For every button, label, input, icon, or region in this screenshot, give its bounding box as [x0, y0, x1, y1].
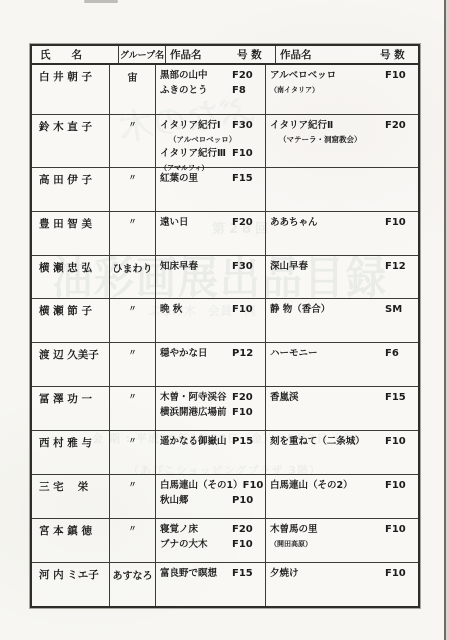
group-label: あすなろ — [110, 567, 155, 582]
name-cell: 豊 田 智 美 — [32, 212, 110, 255]
group-cell: 宙 — [110, 65, 156, 114]
work-size: F6 — [385, 346, 415, 361]
group-cell: 〃 — [110, 475, 156, 518]
work-title: （アルベロベッロ） — [169, 133, 236, 146]
work-title: 遠い日 — [160, 215, 232, 230]
works-cell-right: 夕焼けF10 — [266, 563, 418, 606]
table-row: 横 瀬 忠 弘ひまわり知床早春F30深山早春F12 — [32, 256, 418, 299]
work-size: F10 — [385, 215, 415, 230]
artwork-list-table: 氏 名 グループ名 作品名 号 数 作品名 号 数 白 井 朝 子宙黒部の山中F… — [30, 44, 420, 608]
work-title-note: （南イタリア） — [270, 83, 385, 98]
work-size: F8 — [232, 83, 262, 98]
works-list: 香嵐渓F15 — [266, 387, 418, 405]
works-list: 木曽・阿寺渓谷F20横浜開港広場前F10 — [156, 387, 265, 420]
group-cell: 〃 — [110, 115, 156, 167]
work-size: F15 — [385, 390, 415, 405]
header-work-size-right: 作品名 号 数 — [276, 47, 418, 62]
work-size: F10 — [385, 434, 415, 449]
work-size — [385, 133, 415, 146]
work-line: 黒部の山中F20 — [160, 68, 262, 83]
works-cell-left: 黒部の山中F20ふきのとうF8 — [156, 65, 266, 114]
works-list: 白馬連山（その1）F10秋山郷P10 — [156, 475, 265, 508]
works-list: 遠い日F20 — [156, 212, 265, 230]
work-size: P10 — [232, 493, 262, 508]
work-title: 白馬連山（その1） — [160, 478, 243, 493]
work-size — [236, 133, 266, 146]
work-size: F30 — [232, 259, 262, 274]
header-group: グループ名 — [119, 46, 166, 63]
work-title: ブナの大木 — [160, 537, 232, 552]
work-line: 木曽馬の里（開田高原）F10 — [270, 522, 415, 552]
work-title: 刻を重ねて（二条城） — [270, 434, 385, 449]
work-line: （アルベロベッロ） — [160, 133, 262, 146]
name-cell: 横 瀬 忠 弘 — [32, 256, 110, 298]
work-line: 紅葉の里F15 — [160, 171, 262, 186]
work-line: 夕焼けF10 — [270, 566, 415, 581]
works-list: 遥かなる御嶽山P15 — [156, 431, 265, 449]
name-cell: 鈴 木 直 子 — [32, 115, 110, 167]
work-title: 穏やかな日 — [160, 346, 232, 361]
work-line: 横浜開港広場前F10 — [160, 405, 262, 420]
table-row: 鈴 木 直 子〃イタリア紀行ⅠF30（アルベロベッロ）イタリア紀行Ⅲ（アマルフィ… — [32, 115, 418, 168]
group-label: 〃 — [110, 347, 155, 358]
works-list: アルベロベッロ（南イタリア）F10 — [266, 65, 418, 98]
work-size: F30 — [232, 118, 262, 133]
name-cell: 西 村 雅 与 — [32, 431, 110, 474]
works-list: 深山早春F12 — [266, 256, 418, 274]
group-cell: あすなろ — [110, 563, 156, 606]
work-title: 木曽馬の里（開田高原） — [270, 522, 385, 552]
works-cell-left: 木曽・阿寺渓谷F20横浜開港広場前F10 — [156, 387, 266, 430]
header-name: 氏 名 — [32, 46, 119, 63]
work-size: F10 — [232, 302, 262, 317]
group-label: ひまわり — [110, 260, 155, 275]
header-size-label: 号 数 — [380, 47, 418, 62]
works-cell-right: 木曽馬の里（開田高原）F10 — [266, 519, 418, 562]
name-cell: 宮 本 鎮 徳 — [32, 519, 110, 562]
work-title: 富良野で瞑想 — [160, 566, 232, 581]
work-size: F12 — [385, 259, 415, 274]
group-label: 〃 — [110, 303, 155, 314]
header-work-label: 作品名 — [280, 47, 380, 62]
works-list: 寝覚ノ床F20ブナの大木F10 — [156, 519, 265, 552]
group-cell: 〃 — [110, 168, 156, 211]
group-cell: 〃 — [110, 387, 156, 430]
works-cell-right: 刻を重ねて（二条城）F10 — [266, 431, 418, 474]
work-size: F10 — [232, 405, 262, 420]
works-list: イタリア紀行ⅠF30（アルベロベッロ）イタリア紀行Ⅲ（アマルフィ）F10 — [156, 115, 265, 176]
name-cell: 三 宅 栄 — [32, 475, 110, 518]
table-row: 三 宅 栄〃白馬連山（その1）F10秋山郷P10白馬連山（その2）F10 — [32, 475, 418, 519]
group-cell: 〃 — [110, 299, 156, 342]
works-cell-left: 晩 秋F10 — [156, 299, 266, 342]
work-line: 白馬連山（その1）F10 — [160, 478, 262, 493]
work-title: ああちゃん — [270, 215, 385, 230]
scanned-exhibition-list-page: { "table": { "headers": { "name": "氏 名",… — [0, 0, 449, 640]
work-line: 晩 秋F10 — [160, 302, 262, 317]
works-list: ああちゃんF10 — [266, 212, 418, 230]
work-line: 秋山郷P10 — [160, 493, 262, 508]
work-title: 深山早春 — [270, 259, 385, 274]
works-cell-right: ああちゃんF10 — [266, 212, 418, 255]
work-title: 静 物（香合） — [270, 302, 385, 317]
group-label: 〃 — [110, 119, 155, 130]
work-title: 白馬連山（その2） — [270, 478, 385, 493]
work-size: F20 — [232, 215, 262, 230]
work-line: （マテーラ・洞窟教会） — [270, 133, 415, 146]
group-label: 宙 — [110, 69, 155, 84]
work-title: （マテーラ・洞窟教会） — [279, 133, 385, 146]
work-size: F20 — [232, 390, 262, 405]
work-line: 穏やかな日P12 — [160, 346, 262, 361]
work-line: 遠い日F20 — [160, 215, 262, 230]
works-list: 知床早春F30 — [156, 256, 265, 274]
works-list: 木曽馬の里（開田高原）F10 — [266, 519, 418, 552]
work-title: 黒部の山中 — [160, 68, 232, 83]
work-title: アルベロベッロ（南イタリア） — [270, 68, 385, 98]
work-line: ハーモニーF6 — [270, 346, 415, 361]
work-title: 紅葉の里 — [160, 171, 232, 186]
work-line: 遥かなる御嶽山P15 — [160, 434, 262, 449]
works-list: 黒部の山中F20ふきのとうF8 — [156, 65, 265, 98]
work-line: 寝覚ノ床F20 — [160, 522, 262, 537]
work-title: ハーモニー — [270, 346, 385, 361]
works-cell-right: アルベロベッロ（南イタリア）F10 — [266, 65, 418, 114]
work-size: F20 — [385, 118, 415, 133]
name-cell: 冨 澤 功 一 — [32, 387, 110, 430]
work-size: F10 — [232, 537, 262, 552]
works-list: 紅葉の里F15 — [156, 168, 265, 186]
works-cell-right: 深山早春F12 — [266, 256, 418, 298]
works-cell-right: 白馬連山（その2）F10 — [266, 475, 418, 518]
group-cell: 〃 — [110, 519, 156, 562]
work-title: 香嵐渓 — [270, 390, 385, 405]
name-cell: 高 田 伊 子 — [32, 168, 110, 211]
header-size-label: 号 数 — [237, 47, 275, 62]
table-row: 横 瀬 節 子〃晩 秋F10静 物（香合）SM — [32, 299, 418, 343]
work-title: イタリア紀行Ⅱ — [270, 118, 385, 133]
works-list: 富良野で瞑想F15 — [156, 563, 265, 581]
name-cell: 横 瀬 節 子 — [32, 299, 110, 342]
works-cell-left: 穏やかな日P12 — [156, 343, 266, 386]
group-cell: 〃 — [110, 212, 156, 255]
scan-smudge — [84, 0, 118, 3]
works-list: ハーモニーF6 — [266, 343, 418, 361]
work-line: 刻を重ねて（二条城）F10 — [270, 434, 415, 449]
work-size: P12 — [232, 346, 262, 361]
works-cell-left: 白馬連山（その1）F10秋山郷P10 — [156, 475, 266, 518]
group-label: 〃 — [110, 435, 155, 446]
work-size: P15 — [232, 434, 262, 449]
works-list: イタリア紀行ⅡF20（マテーラ・洞窟教会） — [266, 115, 418, 146]
work-title: 夕焼け — [270, 566, 385, 581]
work-line: ブナの大木F10 — [160, 537, 262, 552]
group-label: 〃 — [110, 391, 155, 402]
work-title: 遥かなる御嶽山 — [160, 434, 232, 449]
name-cell: 河 内 ミエ子 — [32, 563, 110, 606]
name-cell: 白 井 朝 子 — [32, 65, 110, 114]
work-title: 木曽・阿寺渓谷 — [160, 390, 232, 405]
work-line: アルベロベッロ（南イタリア）F10 — [270, 68, 415, 98]
works-cell-left: 寝覚ノ床F20ブナの大木F10 — [156, 519, 266, 562]
group-cell: 〃 — [110, 431, 156, 474]
works-list: 刻を重ねて（二条城）F10 — [266, 431, 418, 449]
table-row: 白 井 朝 子宙黒部の山中F20ふきのとうF8アルベロベッロ（南イタリア）F10 — [32, 65, 418, 115]
work-title: ふきのとう — [160, 83, 232, 98]
work-title: 晩 秋 — [160, 302, 232, 317]
works-list: 静 物（香合）SM — [266, 299, 418, 317]
works-cell-left: 知床早春F30 — [156, 256, 266, 298]
work-title: 横浜開港広場前 — [160, 405, 232, 420]
table-row: 宮 本 鎮 徳〃寝覚ノ床F20ブナの大木F10木曽馬の里（開田高原）F10 — [32, 519, 418, 563]
group-cell: 〃 — [110, 343, 156, 386]
group-label: 〃 — [110, 216, 155, 227]
work-size: F20 — [232, 522, 262, 537]
header-work-label: 作品名 — [170, 47, 237, 62]
work-size: F10 — [385, 478, 415, 493]
table-row: 渡 辺 久美子〃穏やかな日P12ハーモニーF6 — [32, 343, 418, 387]
table-row: 冨 澤 功 一〃木曽・阿寺渓谷F20横浜開港広場前F10香嵐渓F15 — [32, 387, 418, 431]
table-row: 河 内 ミエ子あすなろ富良野で瞑想F15夕焼けF10 — [32, 563, 418, 606]
work-line: ふきのとうF8 — [160, 83, 262, 98]
work-line: ああちゃんF10 — [270, 215, 415, 230]
work-line: 静 物（香合）SM — [270, 302, 415, 317]
work-title-note: （開田高原） — [270, 537, 385, 552]
work-line: 深山早春F12 — [270, 259, 415, 274]
works-cell-right: イタリア紀行ⅡF20（マテーラ・洞窟教会） — [266, 115, 418, 167]
works-list: 白馬連山（その2）F10 — [266, 475, 418, 493]
work-line: 木曽・阿寺渓谷F20 — [160, 390, 262, 405]
works-cell-right: 香嵐渓F15 — [266, 387, 418, 430]
scan-edge-line — [444, 0, 446, 640]
group-label: 〃 — [110, 523, 155, 534]
works-cell-right: ハーモニーF6 — [266, 343, 418, 386]
work-size: F10 — [385, 522, 415, 552]
works-cell-left: イタリア紀行ⅠF30（アルベロベッロ）イタリア紀行Ⅲ（アマルフィ）F10 — [156, 115, 266, 167]
group-label: 〃 — [110, 479, 155, 490]
works-cell-left: 富良野で瞑想F15 — [156, 563, 266, 606]
work-size: SM — [385, 302, 415, 317]
name-cell: 渡 辺 久美子 — [32, 343, 110, 386]
works-list: 晩 秋F10 — [156, 299, 265, 317]
table-row: 高 田 伊 子〃紅葉の里F15 — [32, 168, 418, 212]
works-cell-right: 静 物（香合）SM — [266, 299, 418, 342]
table-header-row: 氏 名 グループ名 作品名 号 数 作品名 号 数 — [32, 46, 418, 65]
work-title: 知床早春 — [160, 259, 232, 274]
group-cell: ひまわり — [110, 256, 156, 298]
works-list — [266, 168, 418, 171]
works-list: 穏やかな日P12 — [156, 343, 265, 361]
work-line: イタリア紀行ⅠF30 — [160, 118, 262, 133]
work-line: イタリア紀行ⅡF20 — [270, 118, 415, 133]
work-size: F15 — [232, 566, 262, 581]
work-line: 知床早春F30 — [160, 259, 262, 274]
works-cell-left: 遠い日F20 — [156, 212, 266, 255]
work-line: 富良野で瞑想F15 — [160, 566, 262, 581]
works-cell-left: 紅葉の里F15 — [156, 168, 266, 211]
works-cell-right — [266, 168, 418, 211]
table-body: 白 井 朝 子宙黒部の山中F20ふきのとうF8アルベロベッロ（南イタリア）F10… — [32, 65, 418, 606]
work-size: F10 — [385, 566, 415, 581]
work-size: F20 — [232, 68, 262, 83]
works-list: 夕焼けF10 — [266, 563, 418, 581]
header-work-size-left: 作品名 号 数 — [166, 46, 276, 63]
work-line: 白馬連山（その2）F10 — [270, 478, 415, 493]
work-title: イタリア紀行Ⅰ — [160, 118, 232, 133]
table-row: 豊 田 智 美〃遠い日F20ああちゃんF10 — [32, 212, 418, 256]
work-size: F10 — [385, 68, 415, 98]
work-title: 秋山郷 — [160, 493, 232, 508]
works-cell-left: 遥かなる御嶽山P15 — [156, 431, 266, 474]
table-row: 西 村 雅 与〃遥かなる御嶽山P15刻を重ねて（二条城）F10 — [32, 431, 418, 475]
work-title: 寝覚ノ床 — [160, 522, 232, 537]
work-size: F15 — [232, 171, 262, 186]
group-label: 〃 — [110, 172, 155, 183]
work-line: 香嵐渓F15 — [270, 390, 415, 405]
